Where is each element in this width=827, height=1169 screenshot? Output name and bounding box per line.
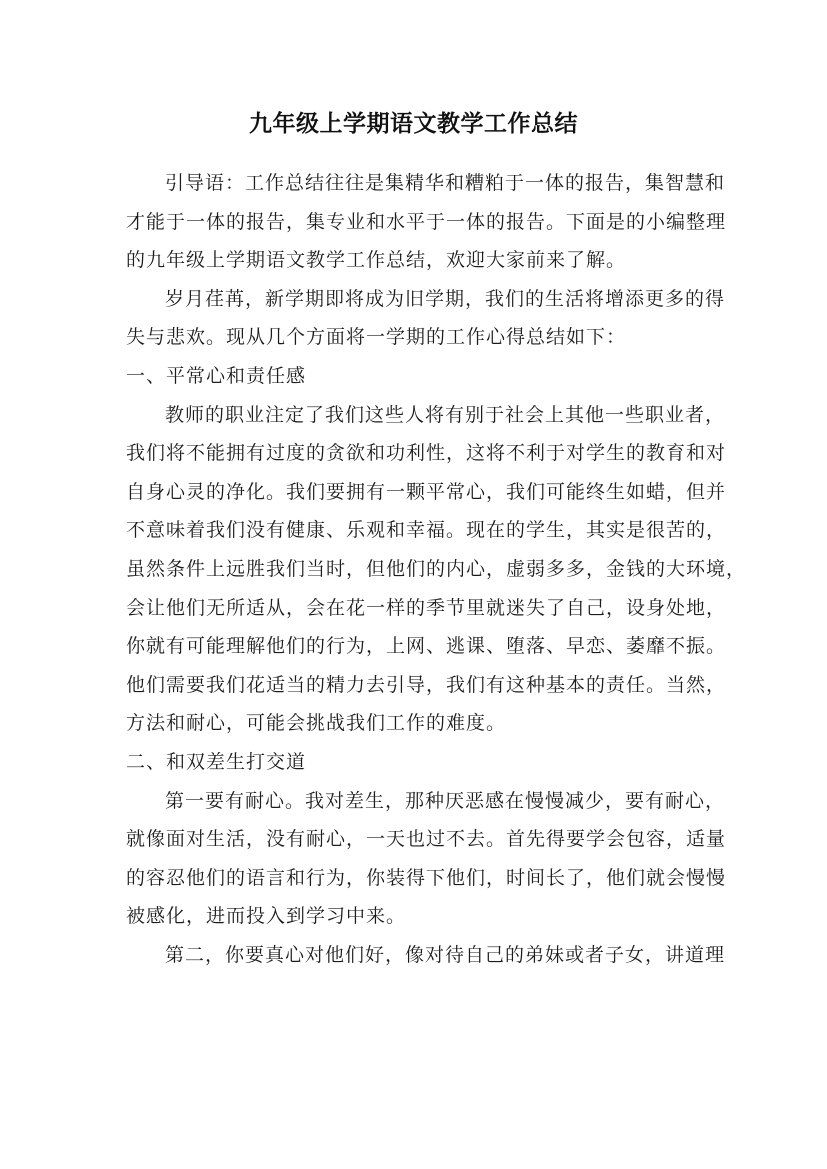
paragraph-intro-line-3: 的九年级上学期语文教学工作总结，欢迎大家前来了解。 (126, 241, 702, 280)
paragraph-section1-line-5: 虽然条件上远胜我们当时，但他们的内心，虚弱多多，金钱的大环境， (126, 550, 702, 589)
paragraph-section1-line-2: 我们将不能拥有过度的贪欲和功利性，这将不利于对学生的教育和对 (126, 434, 702, 473)
paragraph-opening-line-2: 失与悲欢。现从几个方面将一学期的工作心得总结如下： (126, 318, 702, 357)
paragraph-section2-line-1: 第一要有耐心。我对差生，那种厌恶感在慢慢减少，要有耐心， (126, 782, 702, 821)
section-heading-1: 一、平常心和责任感 (126, 357, 702, 396)
paragraph-section1-line-4: 不意味着我们没有健康、乐观和幸福。现在的学生，其实是很苦的， (126, 511, 702, 550)
paragraph-section2-line-2: 就像面对生活，没有耐心，一天也过不去。首先得要学会包容，适量 (126, 820, 702, 859)
section-heading-2: 二、和双差生打交道 (126, 743, 702, 782)
paragraph-section2b-line-1: 第二，你要真心对他们好，像对待自己的弟妹或者子女，讲道理 (126, 936, 702, 975)
paragraph-intro-line-2: 才能于一体的报告，集专业和水平于一体的报告。下面是的小编整理 (126, 203, 702, 242)
document-page: 九年级上学期语文教学工作总结 引导语：工作总结往往是集精华和糟粕于一体的报告，集… (0, 0, 827, 1169)
paragraph-section1-line-3: 自身心灵的净化。我们要拥有一颗平常心，我们可能终生如蜡，但并 (126, 473, 702, 512)
document-body: 引导语：工作总结往往是集精华和糟粕于一体的报告，集智慧和 才能于一体的报告，集专… (126, 164, 702, 974)
paragraph-section1-line-9: 方法和耐心，可能会挑战我们工作的难度。 (126, 704, 702, 743)
paragraph-section1-line-8: 他们需要我们花适当的精力去引导，我们有这种基本的责任。当然， (126, 666, 702, 705)
paragraph-intro-line-1: 引导语：工作总结往往是集精华和糟粕于一体的报告，集智慧和 (126, 164, 702, 203)
paragraph-opening-line-1: 岁月荏苒，新学期即将成为旧学期，我们的生活将增添更多的得 (126, 280, 702, 319)
paragraph-section2-line-4: 被感化，进而投入到学习中来。 (126, 897, 702, 936)
document-title: 九年级上学期语文教学工作总结 (0, 106, 827, 142)
paragraph-section1-line-7: 你就有可能理解他们的行为，上网、逃课、堕落、早恋、萎靡不振。 (126, 627, 702, 666)
paragraph-section1-line-1: 教师的职业注定了我们这些人将有别于社会上其他一些职业者， (126, 396, 702, 435)
paragraph-section1-line-6: 会让他们无所适从，会在花一样的季节里就迷失了自己，设身处地， (126, 589, 702, 628)
paragraph-section2-line-3: 的容忍他们的语言和行为，你装得下他们，时间长了，他们就会慢慢 (126, 859, 702, 898)
